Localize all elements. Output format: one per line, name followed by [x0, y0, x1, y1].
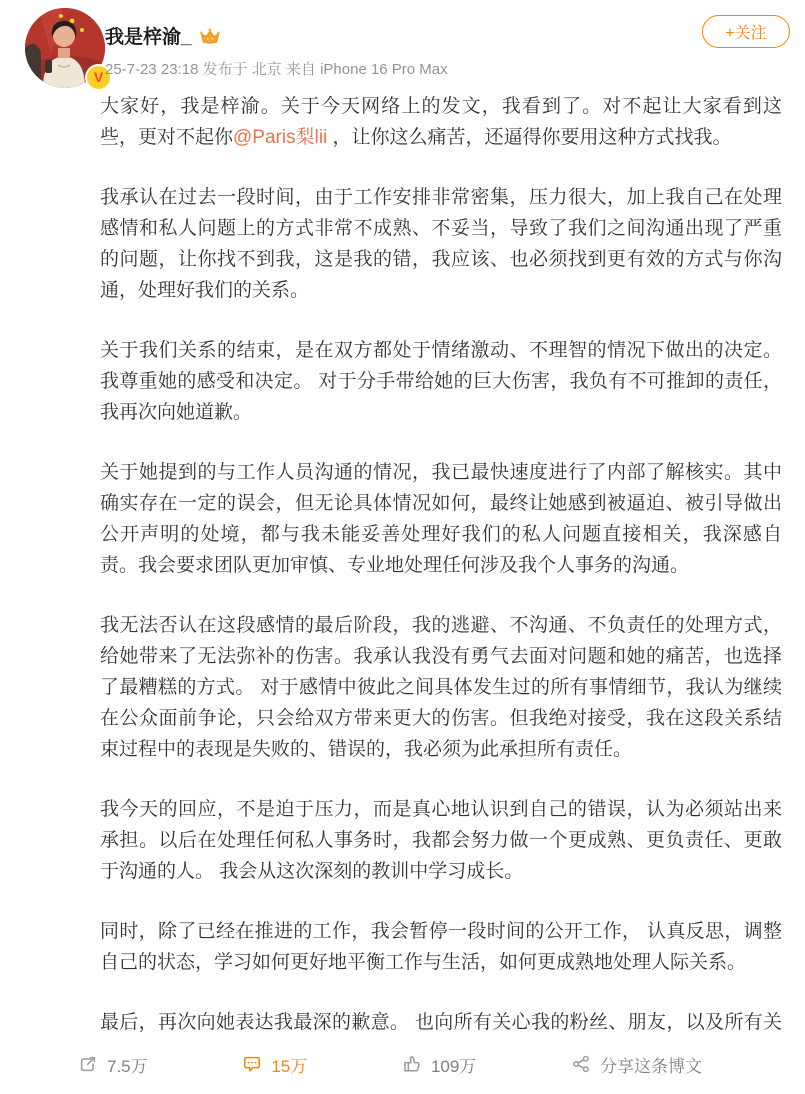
like-count: 109万: [431, 1052, 476, 1077]
share-nodes-icon: [571, 1054, 591, 1074]
mention-link[interactable]: @Paris梨lii: [233, 127, 327, 148]
share-label: 分享这条博文: [600, 1052, 702, 1077]
username[interactable]: 我是梓渝_: [105, 22, 192, 49]
repost-button[interactable]: 7.5万: [78, 1052, 148, 1077]
post-body: 大家好，我是梓渝。关于今天网络上的发文，我看到了。对不起让大家看到这些，更对不起…: [100, 91, 782, 1043]
comment-icon: [242, 1054, 262, 1074]
like-button[interactable]: 109万: [402, 1052, 476, 1077]
post-paragraph: 我承认在过去一段时间，由于工作安排非常密集，压力很大，加上我自己在处理感情和私人…: [100, 182, 782, 306]
share-button[interactable]: 分享这条博文: [571, 1052, 702, 1077]
avatar[interactable]: V: [25, 8, 105, 88]
post-paragraph: 最后，再次向她表达我最深的歉意。 也向所有关心我的粉丝、朋友，以及所有关注此事的…: [100, 1007, 782, 1043]
action-bar: 7.5万 15万 109万: [78, 1047, 702, 1081]
post-paragraph: 我无法否认在这段感情的最后阶段，我的逃避、不沟通、不负责任的处理方式，给她带来了…: [100, 610, 782, 765]
username-row: 我是梓渝_: [105, 22, 221, 49]
paragraph-text: ，让你这么痛苦，还逼得你要用这种方式找我。: [327, 127, 731, 148]
post-paragraph: 同时，除了已经在推进的工作，我会暂停一段时间的公开工作， 认真反思，调整自己的状…: [100, 916, 782, 978]
comment-count: 15万: [271, 1052, 307, 1077]
thumbs-up-icon: [402, 1054, 422, 1074]
post-paragraph: 大家好，我是梓渝。关于今天网络上的发文，我看到了。对不起让大家看到这些，更对不起…: [100, 91, 782, 153]
follow-button[interactable]: +关注: [702, 15, 790, 48]
post-paragraph: 关于她提到的与工作人员沟通的情况，我已最快速度进行了内部了解核实。其中确实存在一…: [100, 457, 782, 581]
crown-badge-icon: [199, 27, 221, 47]
post-paragraph: 关于我们关系的结束，是在双方都处于情绪激动、不理智的情况下做出的决定。我尊重她的…: [100, 335, 782, 428]
comment-button[interactable]: 15万: [242, 1052, 307, 1077]
weibo-post-page: V 我是梓渝_ 25-7-23 23:18 发布于 北京 来自 iPhone 1…: [0, 0, 805, 1094]
post-timestamp: 25-7-23 23:18 发布于 北京 来自 iPhone 16 Pro Ma…: [105, 58, 448, 79]
repost-count: 7.5万: [107, 1052, 148, 1077]
post-paragraph: 我今天的回应，不是迫于压力，而是真心地认识到自己的错误，认为必须站出来承担。以后…: [100, 794, 782, 887]
repost-icon: [78, 1054, 98, 1074]
